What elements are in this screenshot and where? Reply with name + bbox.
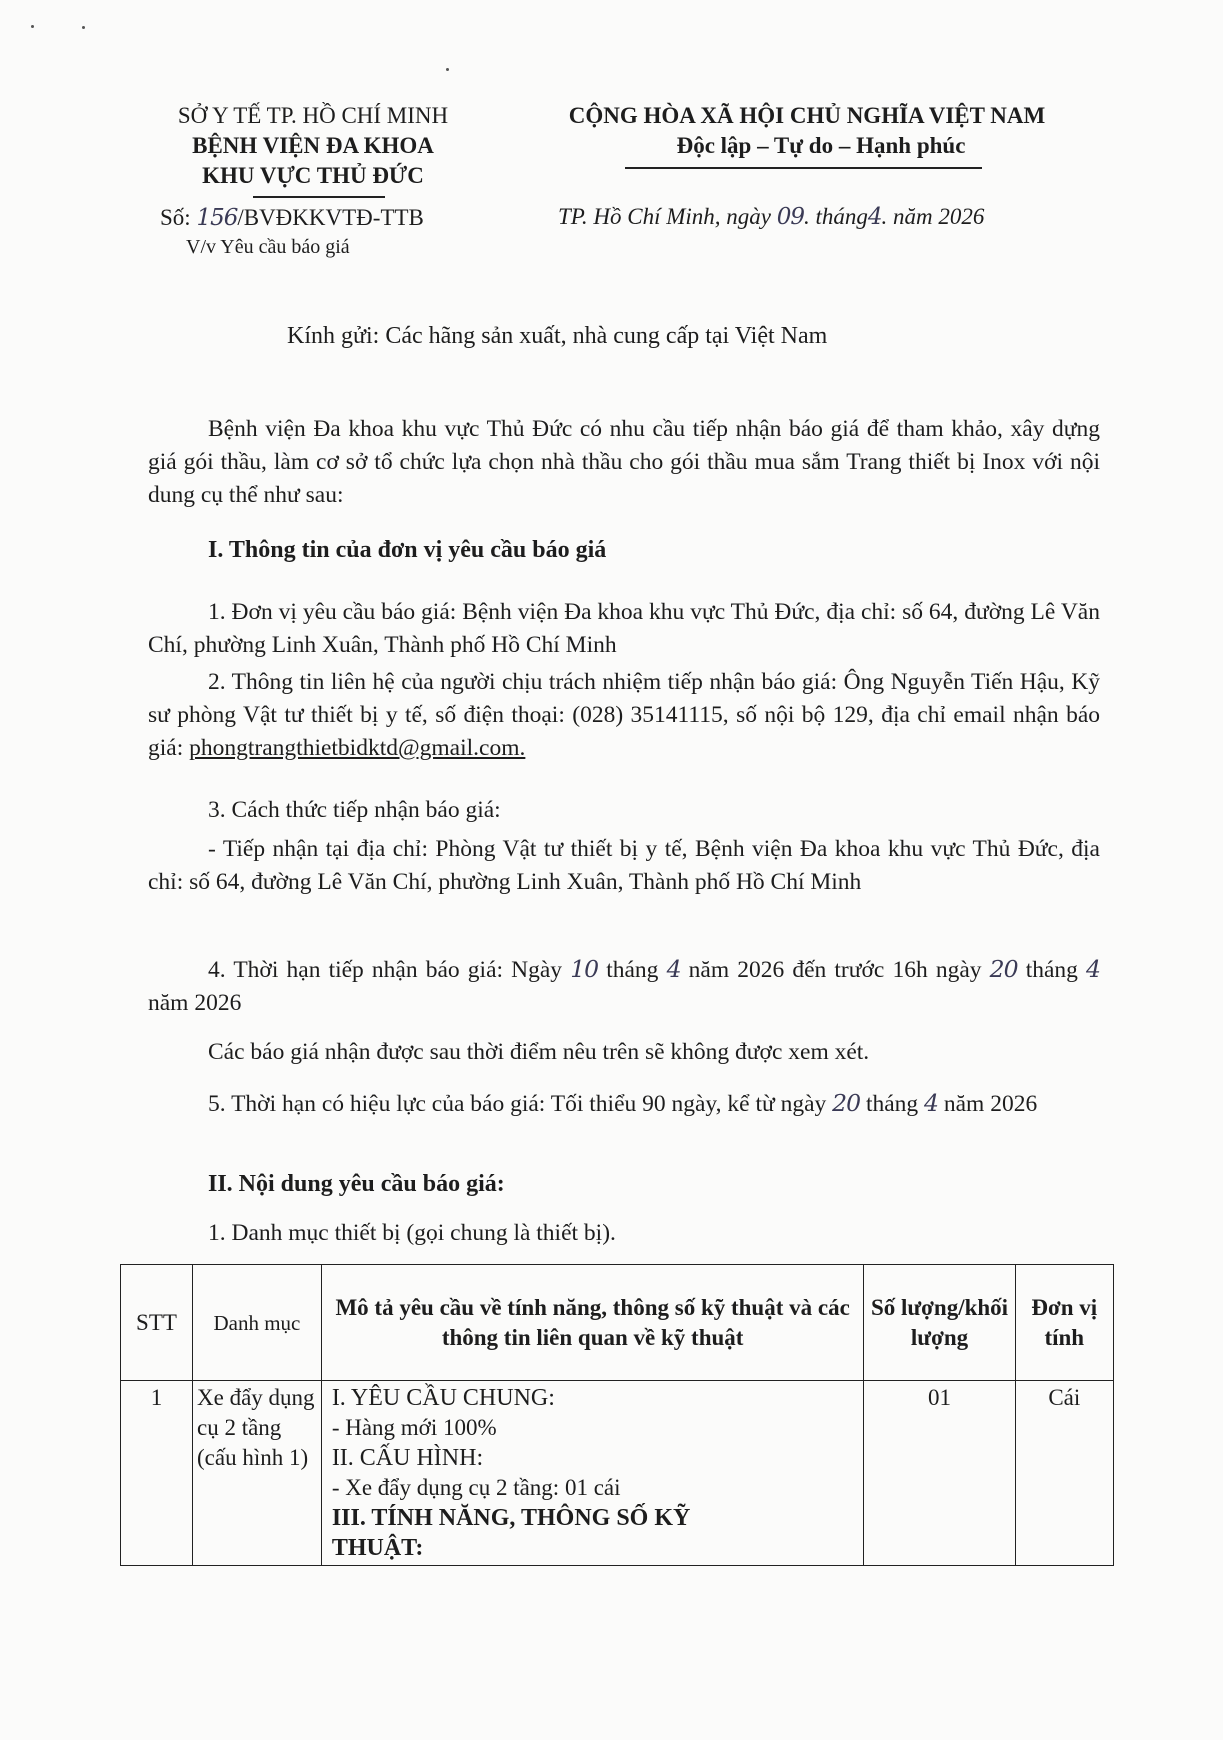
ministry-name: SỞ Y TẾ TP. HỒ CHÍ MINH <box>143 101 483 131</box>
item5-text: tháng <box>860 1091 924 1117</box>
item4-text: tháng <box>598 957 666 983</box>
date-day-handwritten: 09 <box>777 204 804 230</box>
document-number: Số: 156/BVĐKKVTĐ-TTB <box>160 205 424 231</box>
motto-underline <box>625 167 982 169</box>
late-quote-note: Các báo giá nhận được sau thời điểm nêu … <box>208 1039 869 1066</box>
section-1-item-3-title: 3. Cách thức tiếp nhận báo giá: <box>208 797 501 824</box>
item4-text: năm 2026 đến trước 16h ngày <box>681 957 990 983</box>
item4-text: tháng <box>1018 957 1086 983</box>
cell-description: I. YÊU CẦU CHUNG: - Hàng mới 100% II. CẤ… <box>321 1381 864 1566</box>
receive-from-day-handwritten: 10 <box>570 955 598 983</box>
recipient-line: Kính gửi: Các hãng sản xuất, nhà cung cấ… <box>287 323 827 350</box>
cell-category: Xe đẩy dụng cụ 2 tầng (cấu hình 1) <box>193 1381 322 1566</box>
cell-stt: 1 <box>121 1381 193 1566</box>
doc-number-suffix: /BVĐKKVTĐ-TTB <box>237 205 424 230</box>
contact-email-link[interactable]: phongtrangthietbidktd@gmail.com. <box>189 735 525 761</box>
item5-text: năm 2026 <box>938 1091 1037 1117</box>
cell-quantity: 01 <box>864 1381 1015 1566</box>
equipment-table: STT Danh mục Mô tả yêu cầu về tính năng,… <box>120 1264 1114 1566</box>
desc-heading-specs: III. TÍNH NĂNG, THÔNG SỐ KỸ THUẬT: <box>332 1503 752 1563</box>
header-left-underline <box>253 196 385 198</box>
section-1-item-5: 5. Thời hạn có hiệu lực của báo giá: Tối… <box>148 1087 1100 1121</box>
scan-speck <box>82 26 85 29</box>
hospital-name-line2: KHU VỰC THỦ ĐỨC <box>143 161 483 191</box>
date-month-label: . tháng <box>804 204 868 229</box>
receive-to-day-handwritten: 20 <box>990 955 1018 983</box>
section-2-title: II. Nội dung yêu cầu báo giá: <box>208 1171 505 1198</box>
receive-from-month-handwritten: 4 <box>667 955 681 983</box>
item5-text: 5. Thời hạn có hiệu lực của báo giá: Tối… <box>208 1091 832 1117</box>
section-1-item-3-detail: - Tiếp nhận tại địa chỉ: Phòng Vật tư th… <box>148 833 1100 899</box>
item4-text: 4. Thời hạn tiếp nhận báo giá: Ngày <box>208 957 570 983</box>
date-month-handwritten: 4 <box>868 204 882 230</box>
doc-number-label: Số: <box>160 205 191 230</box>
item4-text: năm 2026 <box>148 990 241 1016</box>
section-2-sub-1: 1. Danh mục thiết bị (gọi chung là thiết… <box>208 1220 616 1247</box>
scan-speck <box>31 25 34 28</box>
receive-to-month-handwritten: 4 <box>1086 955 1100 983</box>
table-row: 1 Xe đẩy dụng cụ 2 tầng (cấu hình 1) I. … <box>121 1381 1114 1566</box>
section-1-title: I. Thông tin của đơn vị yêu cầu báo giá <box>208 537 606 564</box>
col-header-quantity: Số lượng/khối lượng <box>864 1265 1015 1381</box>
doc-number-handwritten: 156 <box>196 205 237 231</box>
table-header-row: STT Danh mục Mô tả yêu cầu về tính năng,… <box>121 1265 1114 1381</box>
col-header-unit: Đơn vị tính <box>1015 1265 1113 1381</box>
desc-heading-general: I. YÊU CẦU CHUNG: <box>332 1383 860 1413</box>
date-year: . năm 2026 <box>882 204 985 229</box>
validity-month-handwritten: 4 <box>924 1089 938 1117</box>
desc-line-new: - Hàng mới 100% <box>332 1413 860 1443</box>
col-header-description: Mô tả yêu cầu về tính năng, thông số kỹ … <box>321 1265 864 1381</box>
date-prefix: TP. Hồ Chí Minh, ngày <box>558 204 771 229</box>
col-header-stt: STT <box>121 1265 193 1381</box>
document-date: TP. Hồ Chí Minh, ngày 09. tháng4. năm 20… <box>558 204 984 230</box>
hospital-name-line1: BỆNH VIỆN ĐA KHOA <box>143 131 483 161</box>
section-1-item-4: 4. Thời hạn tiếp nhận báo giá: Ngày 10 t… <box>148 953 1100 1020</box>
header-left: SỞ Y TẾ TP. HỒ CHÍ MINH BỆNH VIỆN ĐA KHO… <box>143 101 483 191</box>
desc-line-config: - Xe đẩy dụng cụ 2 tầng: 01 cái <box>332 1473 860 1503</box>
nation-name: CỘNG HÒA XÃ HỘI CHỦ NGHĨA VIỆT NAM <box>522 101 1092 131</box>
scan-speck <box>446 68 449 71</box>
national-motto: Độc lập – Tự do – Hạnh phúc <box>550 131 1092 161</box>
col-header-category: Danh mục <box>193 1265 322 1381</box>
desc-heading-config: II. CẤU HÌNH: <box>332 1443 860 1473</box>
validity-day-handwritten: 20 <box>832 1089 860 1117</box>
document-subject: V/v Yêu cầu báo giá <box>186 236 350 259</box>
section-1-item-1: 1. Đơn vị yêu cầu báo giá: Bệnh viện Đa … <box>148 596 1100 662</box>
section-1-item-2: 2. Thông tin liên hệ của người chịu trác… <box>148 666 1100 765</box>
header-right: CỘNG HÒA XÃ HỘI CHỦ NGHĨA VIỆT NAM Độc l… <box>522 101 1092 161</box>
cell-unit: Cái <box>1015 1381 1113 1566</box>
intro-paragraph: Bệnh viện Đa khoa khu vực Thủ Đức có nhu… <box>148 413 1100 512</box>
